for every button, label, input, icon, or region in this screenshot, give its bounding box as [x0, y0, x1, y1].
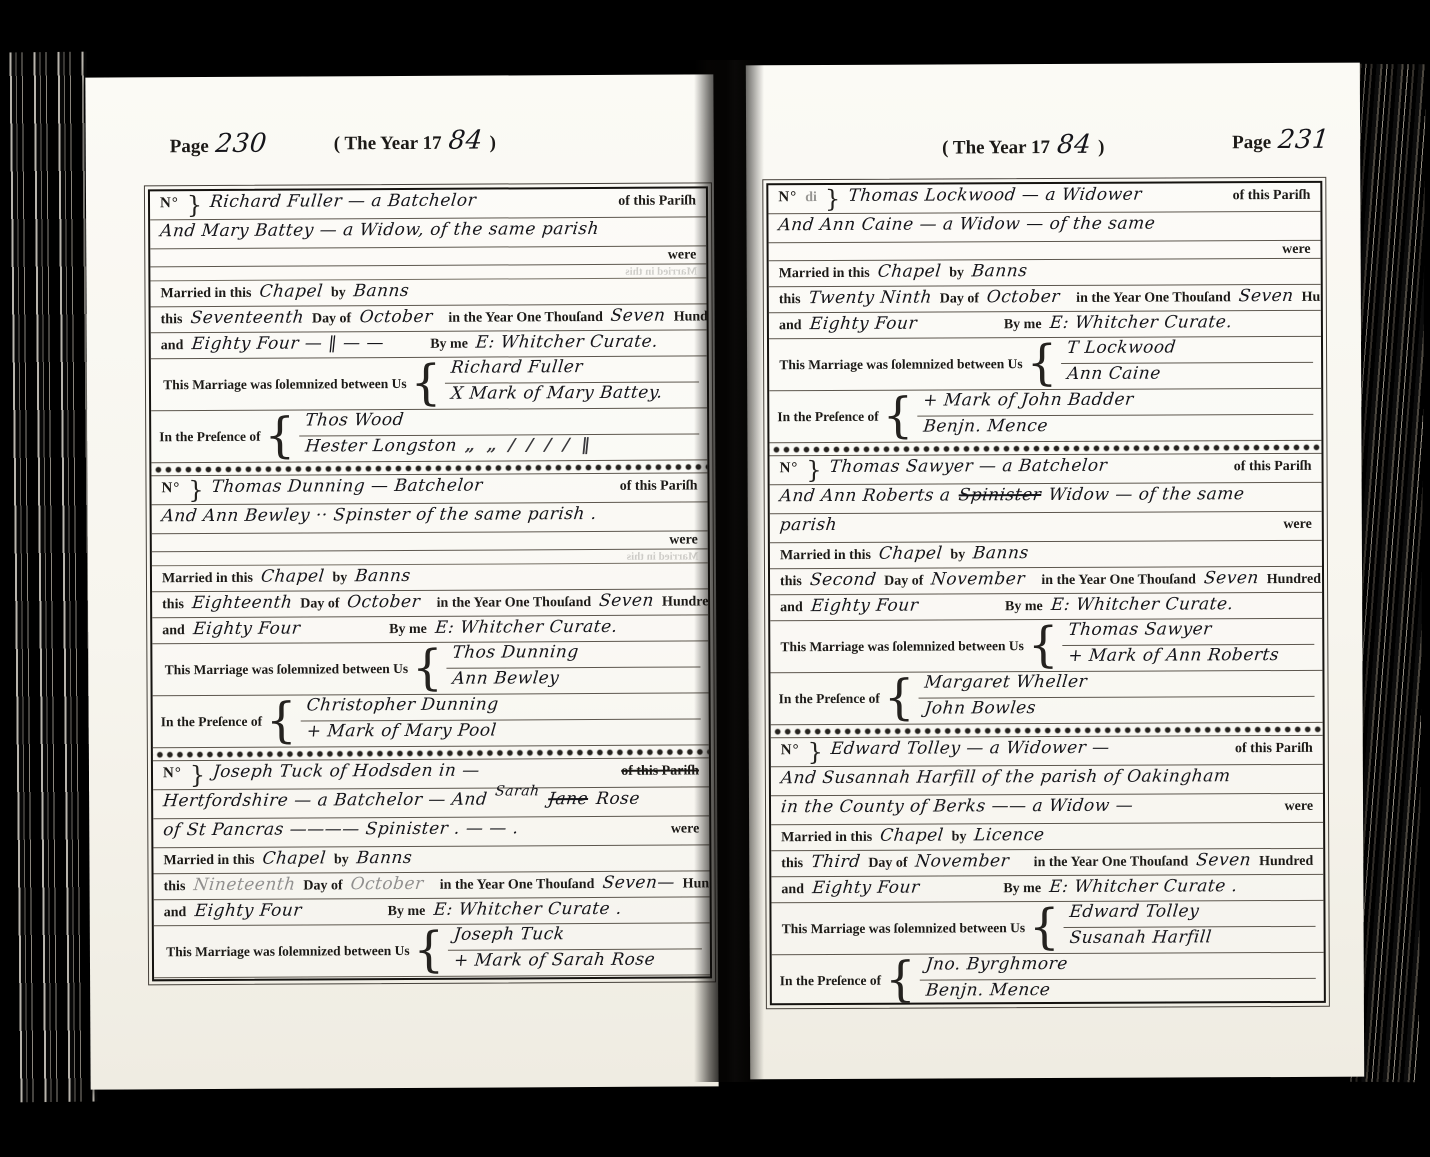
handwritten-text: Thomas Dunning — Batchelor	[211, 476, 484, 497]
handwritten-text: And Ann Bewley ·· Spinster of the same p…	[161, 504, 598, 526]
handwritten-text: Jane	[547, 789, 589, 809]
handwritten-text: Ann Bewley	[452, 668, 561, 689]
printed-text: in the Year One Thouſand	[1041, 572, 1196, 589]
record-line: andEighty FourBy meE: Whitcher Curate.	[770, 593, 1322, 621]
printed-text: of this Pariſh	[1235, 741, 1313, 757]
year-prefix: ( The Year 17	[334, 133, 442, 156]
brace-glyph: {	[884, 678, 915, 719]
record-line: andEighty FourBy meE: Whitcher Curate .	[771, 875, 1323, 903]
spacer	[845, 528, 1275, 530]
handwritten-text: November	[930, 569, 1026, 589]
record-line: Married in thisChapelbyBanns	[153, 845, 709, 874]
brace-glyph: {	[413, 930, 444, 971]
spacer	[484, 205, 610, 206]
printed-text: of this Pariſh	[618, 193, 696, 209]
brace-glyph: {	[1027, 343, 1058, 384]
handwritten-text: October	[358, 307, 433, 327]
handwritten-text: Seven	[1195, 850, 1252, 870]
printed-text: N°	[780, 460, 799, 477]
printed-label: This Marriage was ſolemnized between Us	[782, 920, 1025, 937]
printed-text: and	[162, 623, 185, 639]
brace-glyph: }	[190, 766, 205, 785]
record-line: Married in thisChapelbyBanns	[770, 541, 1322, 569]
handwritten-text: Jane Dallett	[307, 977, 417, 981]
signature-line: Susanah Harfill	[1064, 927, 1316, 953]
solemnized-block: This Marriage was ſolemnized between Us{…	[152, 641, 708, 696]
signature-line: Thomas Sawyer	[1062, 619, 1314, 646]
printed-text: by	[949, 265, 964, 281]
printed-text: N°	[161, 480, 180, 497]
printed-text: by	[334, 852, 349, 868]
witnesses-block: In the Preſence of{Margaret WhellerJohn …	[770, 671, 1322, 725]
brace-glyph: {	[1028, 625, 1059, 666]
printed-text: of this Pariſh	[1233, 188, 1311, 204]
signature-line: Hester Longston„ „ / / / / ‖	[299, 434, 699, 461]
year-suffix: )	[1098, 137, 1104, 159]
printed-text: by	[332, 570, 347, 586]
signature-line: Jane Dallett	[302, 975, 702, 981]
signature-lines: Edward TolleySusanah Harfill	[1064, 901, 1316, 953]
record-line: N°}Joseph Tuck of Hodsden in —of this Pa…	[153, 758, 709, 790]
handwritten-text: Edward Tolley	[1069, 901, 1201, 922]
handwritten-text: Spinister	[957, 485, 1042, 505]
signature-line: Edward Tolley	[1064, 901, 1316, 928]
printed-text: and	[161, 338, 184, 354]
brace-glyph: {	[1029, 907, 1060, 948]
handwritten-text: E: Whitcher Curate.	[1049, 312, 1233, 333]
spacer	[527, 833, 663, 834]
record-line: N°}Thomas Dunning — Batchelorof this Par…	[151, 473, 707, 505]
printed-text: in the Year One Thouſand	[440, 877, 595, 894]
printed-text: Married in this	[625, 265, 697, 277]
printed-text: Day of	[868, 856, 907, 872]
printed-text: and	[781, 882, 804, 898]
handwritten-text: October	[986, 287, 1061, 307]
printed-text: N°	[778, 189, 797, 206]
record-line: And Ann Caine — a Widow — of the same	[768, 212, 1320, 243]
record-line: Hertfordshire — a Batchelor — AndSarahJa…	[153, 787, 709, 819]
record-line: And Ann Roberts aSpinisterWidow — of the…	[770, 483, 1322, 514]
handwritten-text: + Mark of John Badder	[922, 390, 1134, 411]
printed-text: this	[161, 312, 183, 328]
signature-line: Benjn. Mence	[920, 979, 1316, 1005]
spacer	[160, 275, 616, 277]
printed-text: Married in this	[162, 571, 253, 587]
printed-text: by	[950, 547, 965, 563]
record-line: Married in thisChapelbyBanns	[150, 278, 706, 307]
witnesses-block: In the Preſence of{Jno. ByrghmoreBenjn. …	[772, 953, 1324, 1005]
printed-label: In the Preſence of	[159, 428, 260, 445]
handwritten-text: Benjn. Mence	[922, 416, 1049, 437]
signature-line: Richard Fuller	[445, 356, 699, 383]
signature-line: + Mark of John Badder	[917, 389, 1313, 417]
printed-label: In the Preſence of	[779, 690, 880, 706]
printed-text: in the Year One Thouſand	[1076, 290, 1231, 307]
handwritten-text: Hester Longston	[304, 436, 458, 457]
marriage-record: N°}Edward Tolley — a Widower —of this Pa…	[771, 736, 1324, 1005]
handwritten-text: Chapel	[879, 825, 944, 845]
record-line: thisSecondDay ofNovemberin the Year One …	[770, 567, 1322, 595]
printed-text: in the Year One Thouſand	[448, 310, 603, 327]
signature-lines: Margaret WhellerJohn Bowles	[918, 671, 1314, 724]
handwritten-text: Eighty Four	[810, 596, 919, 616]
marriage-register-table-right: N°di}Thomas Lockwood — a Widowerof this …	[766, 181, 1326, 1005]
record-line: N°}Richard Fuller — a Batchelorof this P…	[150, 188, 706, 220]
page-number-handwritten: 230	[214, 129, 268, 159]
handwritten-text: Twenty Ninth	[808, 288, 933, 309]
brace-glyph: {	[264, 416, 295, 457]
handwritten-text: Richard Fuller — a Batchelor	[209, 191, 477, 212]
handwritten-text: E: Whitcher Curate.	[475, 332, 659, 353]
brace-glyph: {	[412, 648, 443, 689]
handwritten-text: X Mark of Mary Battey.	[450, 383, 664, 404]
printed-text: of this Pariſh	[1234, 459, 1312, 475]
printed-text: this	[779, 292, 801, 308]
record-line: And Susannah Harfill of the parish of Oa…	[771, 765, 1323, 796]
signature-lines: + Mark of John BadderBenjn. Mence	[917, 389, 1313, 442]
printed-text: N°	[781, 742, 800, 759]
signature-lines: Richard FullerX Mark of Mary Battey.	[445, 356, 699, 408]
record-line: N°di}Thomas Lockwood — a Widowerof this …	[768, 183, 1320, 214]
record-line: parishwere	[770, 512, 1322, 543]
handwritten-text: Eighty Four	[193, 901, 302, 922]
handwritten-text: + Mark of Mary Pool	[306, 721, 498, 742]
signature-line: Ann Caine	[1061, 363, 1313, 389]
handwritten-text: And Susannah Harfill of the parish of Oa…	[780, 766, 1232, 788]
printed-text: in the Year One Thouſand	[437, 595, 592, 612]
printed-text: By me	[1003, 881, 1041, 897]
handwritten-text: Chapel	[260, 566, 325, 586]
marriage-record: N°di}Thomas Lockwood — a Widowerof this …	[768, 183, 1321, 456]
solemnized-block: This Marriage was ſolemnized between Us{…	[151, 356, 707, 411]
brace-glyph: }	[806, 461, 821, 480]
signature-lines: T LockwoodAnn Caine	[1061, 337, 1313, 389]
brace-glyph: {	[883, 396, 914, 437]
printed-text: Day of	[312, 311, 351, 327]
marriage-register-table-left: N°}Richard Fuller — a Batchelorof this P…	[148, 186, 712, 981]
printed-text: Day of	[884, 574, 923, 590]
spacer	[160, 259, 659, 262]
record-line: in the County of Berks —— a Widow —were	[771, 794, 1323, 825]
handwritten-text: October	[350, 874, 425, 894]
year-number-handwritten: 84	[1055, 130, 1092, 160]
handwritten-text: Eighty Four	[192, 619, 301, 640]
spacer	[162, 560, 618, 562]
handwritten-text: Thos Dunning	[452, 642, 580, 663]
handwritten-text: Margaret Wheller	[923, 672, 1088, 693]
handwritten-text: Eighty Four — ‖ — —	[190, 333, 384, 354]
handwritten-text: T Lockwood	[1066, 337, 1177, 357]
handwritten-text: Hertfordshire — a Batchelor — And	[162, 790, 488, 812]
handwritten-text: Banns	[356, 848, 414, 868]
scanned-parish-register: { "colors":{"background":"#000000","pape…	[0, 0, 1430, 1157]
printed-text: By me	[388, 904, 426, 920]
handwritten-text: Chapel	[878, 543, 943, 563]
handwritten-text: Seven	[1238, 286, 1295, 306]
handwritten-text: E: Whitcher Curate .	[432, 899, 622, 920]
handwritten-text: Eighty Four	[811, 878, 920, 898]
printed-text: were	[1283, 517, 1312, 533]
brace-glyph: }	[825, 190, 840, 209]
printed-text: N°	[160, 195, 179, 212]
witnesses-block: In the Preſence of{+ Mark of John Badder…	[769, 389, 1321, 443]
signature-lines: Jane DallettRosex Mark of Sarah Rose .	[302, 975, 702, 981]
brace-glyph: }	[808, 743, 823, 762]
right-page: ( The Year 17 84 ) Page 231 N°di}Thomas …	[746, 63, 1364, 1080]
signature-line: + Mark of Ann Roberts	[1062, 645, 1314, 671]
printed-text: were	[668, 247, 697, 263]
record-line: were	[769, 241, 1321, 261]
handwritten-text: John Bowles	[923, 698, 1036, 718]
printed-text: and	[164, 905, 187, 921]
record-line: andEighty Four — ‖ — —By meE: Whitcher C…	[151, 330, 707, 359]
witnesses-block: In the Preſence of{Thos WoodHester Longs…	[151, 408, 707, 463]
spacer	[488, 775, 613, 776]
printed-text: di	[805, 190, 817, 206]
witnesses-block: In the Preſence of{Christopher Dunning+ …	[153, 693, 709, 748]
record-line: And Ann Bewley ·· Spinster of the same p…	[152, 502, 708, 534]
handwritten-text: Thos Wood	[304, 410, 405, 431]
handwritten-text: Nineteenth	[192, 875, 296, 896]
handwritten-text: Seventeenth	[189, 308, 305, 329]
printed-label: This Marriage was ſolemnized between Us	[163, 375, 406, 392]
book-gutter	[694, 60, 764, 1082]
record-line: thisThirdDay ofNovemberin the Year One T…	[771, 849, 1323, 877]
record-line: Married in thisChapelbyBanns	[769, 259, 1321, 287]
brace-glyph: {	[411, 363, 442, 404]
printed-text: Hundred	[1267, 572, 1321, 588]
printed-label: This Marriage was ſolemnized between Us	[166, 942, 409, 959]
record-line: thisEighteenthDay ofOctoberin the Year O…	[152, 589, 708, 618]
year-prefix: ( The Year 17	[942, 137, 1050, 159]
handwritten-text: Jno. Byrghmore	[925, 954, 1069, 975]
handwritten-text: Benjn. Mence	[925, 980, 1052, 1001]
record-line: N°}Thomas Sawyer — a Batchelorof this Pa…	[769, 454, 1321, 485]
handwritten-text: Rose	[595, 789, 641, 809]
handwritten-text: Thomas Lockwood — a Widower	[847, 185, 1142, 206]
brace-glyph: {	[266, 701, 297, 742]
handwritten-text: of St Pancras ———— Spinister . — — .	[162, 818, 519, 840]
page-word: Page	[170, 136, 209, 158]
spacer	[1141, 810, 1276, 811]
handwritten-text: Chapel	[261, 848, 326, 868]
printed-text: this	[780, 574, 802, 590]
page-edge-stack-left	[5, 52, 98, 1103]
record-line: of St Pancras ———— Spinister . — — .were	[153, 816, 709, 848]
page-number-handwritten: 231	[1277, 125, 1331, 155]
solemnized-block: This Marriage was ſolemnized between Us{…	[770, 619, 1322, 673]
signature-lines: Joseph Tuck+ Mark of Sarah Rose	[448, 923, 702, 975]
handwritten-text: Susanah Harfill	[1069, 927, 1213, 948]
printed-text: this	[781, 856, 803, 872]
record-line: And Mary Battey — a Widow, of the same p…	[150, 217, 706, 249]
signature-line: X Mark of Mary Battey.	[445, 382, 699, 408]
handwritten-text: „ „ / / / / ‖	[464, 435, 593, 456]
signature-lines: Thomas Sawyer+ Mark of Ann Roberts	[1062, 619, 1314, 671]
brace-glyph: }	[187, 196, 202, 215]
solemnized-block: This Marriage was ſolemnized between Us{…	[771, 901, 1323, 955]
handwritten-text: And Ann Caine — a Widow — of the same	[777, 214, 1156, 236]
handwritten-text: in the County of Berks —— a Widow —	[780, 796, 1134, 818]
spacer	[491, 490, 612, 491]
handwritten-text: Thomas Sawyer	[1067, 619, 1213, 640]
printed-text: this	[162, 597, 184, 613]
printed-text: of this Pariſh	[620, 478, 698, 494]
handwritten-text: Chapel	[258, 281, 323, 301]
spacer	[162, 544, 661, 547]
right-page-number: Page 231	[1232, 125, 1329, 155]
handwritten-text: E: Whitcher Curate.	[1050, 594, 1234, 615]
signature-lines: Thos DunningAnn Bewley	[447, 641, 701, 693]
printed-text: and	[780, 600, 803, 616]
solemnized-block: This Marriage was ſolemnized between Us{…	[769, 337, 1321, 391]
left-page: Page 230 ( The Year 17 84 ) N°}Richard F…	[85, 74, 718, 1089]
handwritten-text: Second	[809, 570, 877, 590]
printed-text: By me	[1005, 599, 1043, 615]
signature-line: John Bowles	[918, 697, 1314, 724]
printed-text: Married in this	[160, 286, 251, 302]
marriage-record: N°}Richard Fuller — a Batchelorof this P…	[150, 188, 707, 476]
printed-text: By me	[389, 622, 427, 638]
handwritten-text: E: Whitcher Curate.	[434, 617, 618, 638]
left-year-heading: ( The Year 17 84 )	[334, 126, 496, 157]
printed-label: In the Preſence of	[780, 972, 881, 988]
handwritten-text: Banns	[353, 281, 411, 301]
right-year-heading: ( The Year 17 84 )	[942, 130, 1104, 161]
printed-text: Hundred	[1259, 854, 1313, 870]
handwritten-text: Seven	[1203, 568, 1260, 588]
record-line: andEighty FourBy meE: Whitcher Curate.	[152, 615, 708, 644]
handwritten-text: Eighteenth	[191, 593, 293, 614]
signature-lines: Christopher Dunning+ Mark of Mary Pool	[300, 693, 700, 746]
handwritten-text: Seven	[610, 306, 667, 326]
brace-glyph: {	[885, 960, 916, 1001]
brace-glyph: }	[188, 481, 203, 500]
handwritten-text: Richard Fuller	[450, 357, 584, 378]
printed-text: Married in this	[626, 550, 698, 562]
handwritten-text: Banns	[354, 566, 412, 586]
printed-text: By me	[430, 337, 468, 353]
handwritten-text: parish	[779, 515, 838, 535]
handwritten-text: Widow — of the same	[1048, 484, 1246, 505]
handwritten-text: October	[347, 592, 422, 612]
spacer	[779, 253, 1274, 255]
handwritten-text: Chapel	[877, 261, 942, 281]
printed-text: by	[952, 829, 967, 845]
page-word: Page	[1232, 132, 1271, 154]
handwritten-text: And Ann Roberts a	[779, 485, 952, 506]
printed-text: by	[331, 285, 346, 301]
handwritten-text: Thomas Sawyer — a Batchelor	[829, 456, 1109, 477]
record-line: andEighty FourBy meE: Whitcher Curate .	[154, 897, 710, 926]
printed-text: were	[1284, 799, 1313, 815]
handwritten-text: Seven—	[601, 873, 675, 893]
printed-text: Married in this	[779, 266, 870, 282]
signature-line: Christopher Dunning	[300, 693, 700, 721]
handwritten-text: And Mary Battey — a Widow, of the same p…	[159, 219, 600, 241]
printed-label: This Marriage was ſolemnized between Us	[165, 660, 408, 677]
printed-text: Day of	[940, 291, 979, 307]
printed-text: Married in this	[780, 548, 871, 564]
left-page-number: Page 230	[170, 129, 267, 160]
handwritten-text: Licence	[973, 825, 1045, 845]
printed-text: in the Year One Thouſand	[1034, 854, 1189, 871]
record-line: andEighty FourBy meE: Whitcher Curate.	[769, 311, 1321, 339]
signature-lines: Thos WoodHester Longston„ „ / / / / ‖	[299, 408, 699, 461]
handwritten-text: Banns	[972, 543, 1030, 563]
year-suffix: )	[490, 133, 496, 155]
handwritten-text: + Mark of Sarah Rose	[453, 950, 656, 971]
handwritten-text: + Mark of Ann Roberts	[1067, 645, 1280, 666]
printed-text: Married in this	[781, 830, 872, 846]
printed-text: Day of	[300, 596, 339, 612]
printed-text: Hundred	[1302, 290, 1326, 306]
signature-line: + Mark of Sarah Rose	[448, 949, 702, 975]
handwritten-text: Edward Tolley — a Widower —	[830, 738, 1111, 759]
handwritten-text: Christopher Dunning	[306, 694, 500, 715]
marriage-record: N°}Joseph Tuck of Hodsden in —of this Pa…	[153, 758, 710, 981]
record-line: thisTwenty NinthDay ofOctoberin the Year…	[769, 285, 1321, 313]
handwritten-text: Joseph Tuck of Hodsden in —	[212, 761, 481, 782]
handwritten-text: Ann Caine	[1066, 364, 1162, 384]
handwritten-text: Seven	[598, 591, 655, 611]
signature-line: Benjn. Mence	[917, 415, 1313, 442]
record-line: thisSeventeenthDay ofOctoberin the Year …	[151, 304, 707, 333]
printed-label: This Marriage was ſolemnized between Us	[780, 638, 1023, 655]
printed-label: This Marriage was ſolemnized between Us	[779, 356, 1022, 373]
signature-line: T Lockwood	[1061, 337, 1313, 364]
printed-text: were	[1282, 242, 1311, 258]
handwritten-text: Sarah	[495, 783, 541, 799]
handwritten-text: Eighty Four	[808, 314, 917, 334]
signature-line: Jno. Byrghmore	[920, 953, 1316, 981]
handwritten-text: November	[915, 851, 1011, 871]
printed-text: Day of	[303, 878, 342, 894]
marriage-record: N°}Thomas Sawyer — a Batchelorof this Pa…	[769, 454, 1322, 738]
signature-line: Ann Bewley	[447, 667, 701, 693]
signature-line: + Mark of Mary Pool	[301, 719, 701, 746]
record-line: N°}Edward Tolley — a Widower —of this Pa…	[771, 736, 1323, 767]
printed-text: of this Pariſh	[621, 763, 699, 779]
signature-line: Thos Wood	[299, 408, 699, 436]
printed-text: By me	[1004, 317, 1042, 333]
printed-label: In the Preſence of	[777, 408, 878, 424]
handwritten-text: E: Whitcher Curate .	[1048, 876, 1238, 897]
signature-line: Margaret Wheller	[918, 671, 1314, 699]
printed-text: N°	[163, 765, 182, 782]
printed-text: Married in this	[163, 853, 254, 869]
printed-text: this	[164, 879, 186, 895]
handwritten-text: Banns	[971, 261, 1029, 281]
signature-line: Thos Dunning	[447, 641, 701, 668]
handwritten-text: Third	[810, 852, 861, 872]
record-line: thisNineteenthDay ofOctoberin the Year O…	[154, 871, 710, 900]
handwritten-text: Joseph Tuck	[453, 924, 566, 945]
solemnized-block: This Marriage was ſolemnized between Us{…	[154, 923, 710, 978]
marriage-record: N°}Thomas Dunning — Batchelorof this Par…	[151, 473, 708, 761]
record-line: Married in thisChapelbyLicence	[771, 823, 1323, 851]
record-line: Married in thisChapelbyBanns	[152, 563, 708, 592]
signature-lines: Jno. ByrghmoreBenjn. Mence	[920, 953, 1316, 1005]
printed-label: In the Preſence of	[161, 713, 262, 730]
year-number-handwritten: 84	[447, 126, 484, 156]
signature-line: Joseph Tuck	[448, 923, 702, 950]
printed-text: and	[779, 318, 802, 334]
